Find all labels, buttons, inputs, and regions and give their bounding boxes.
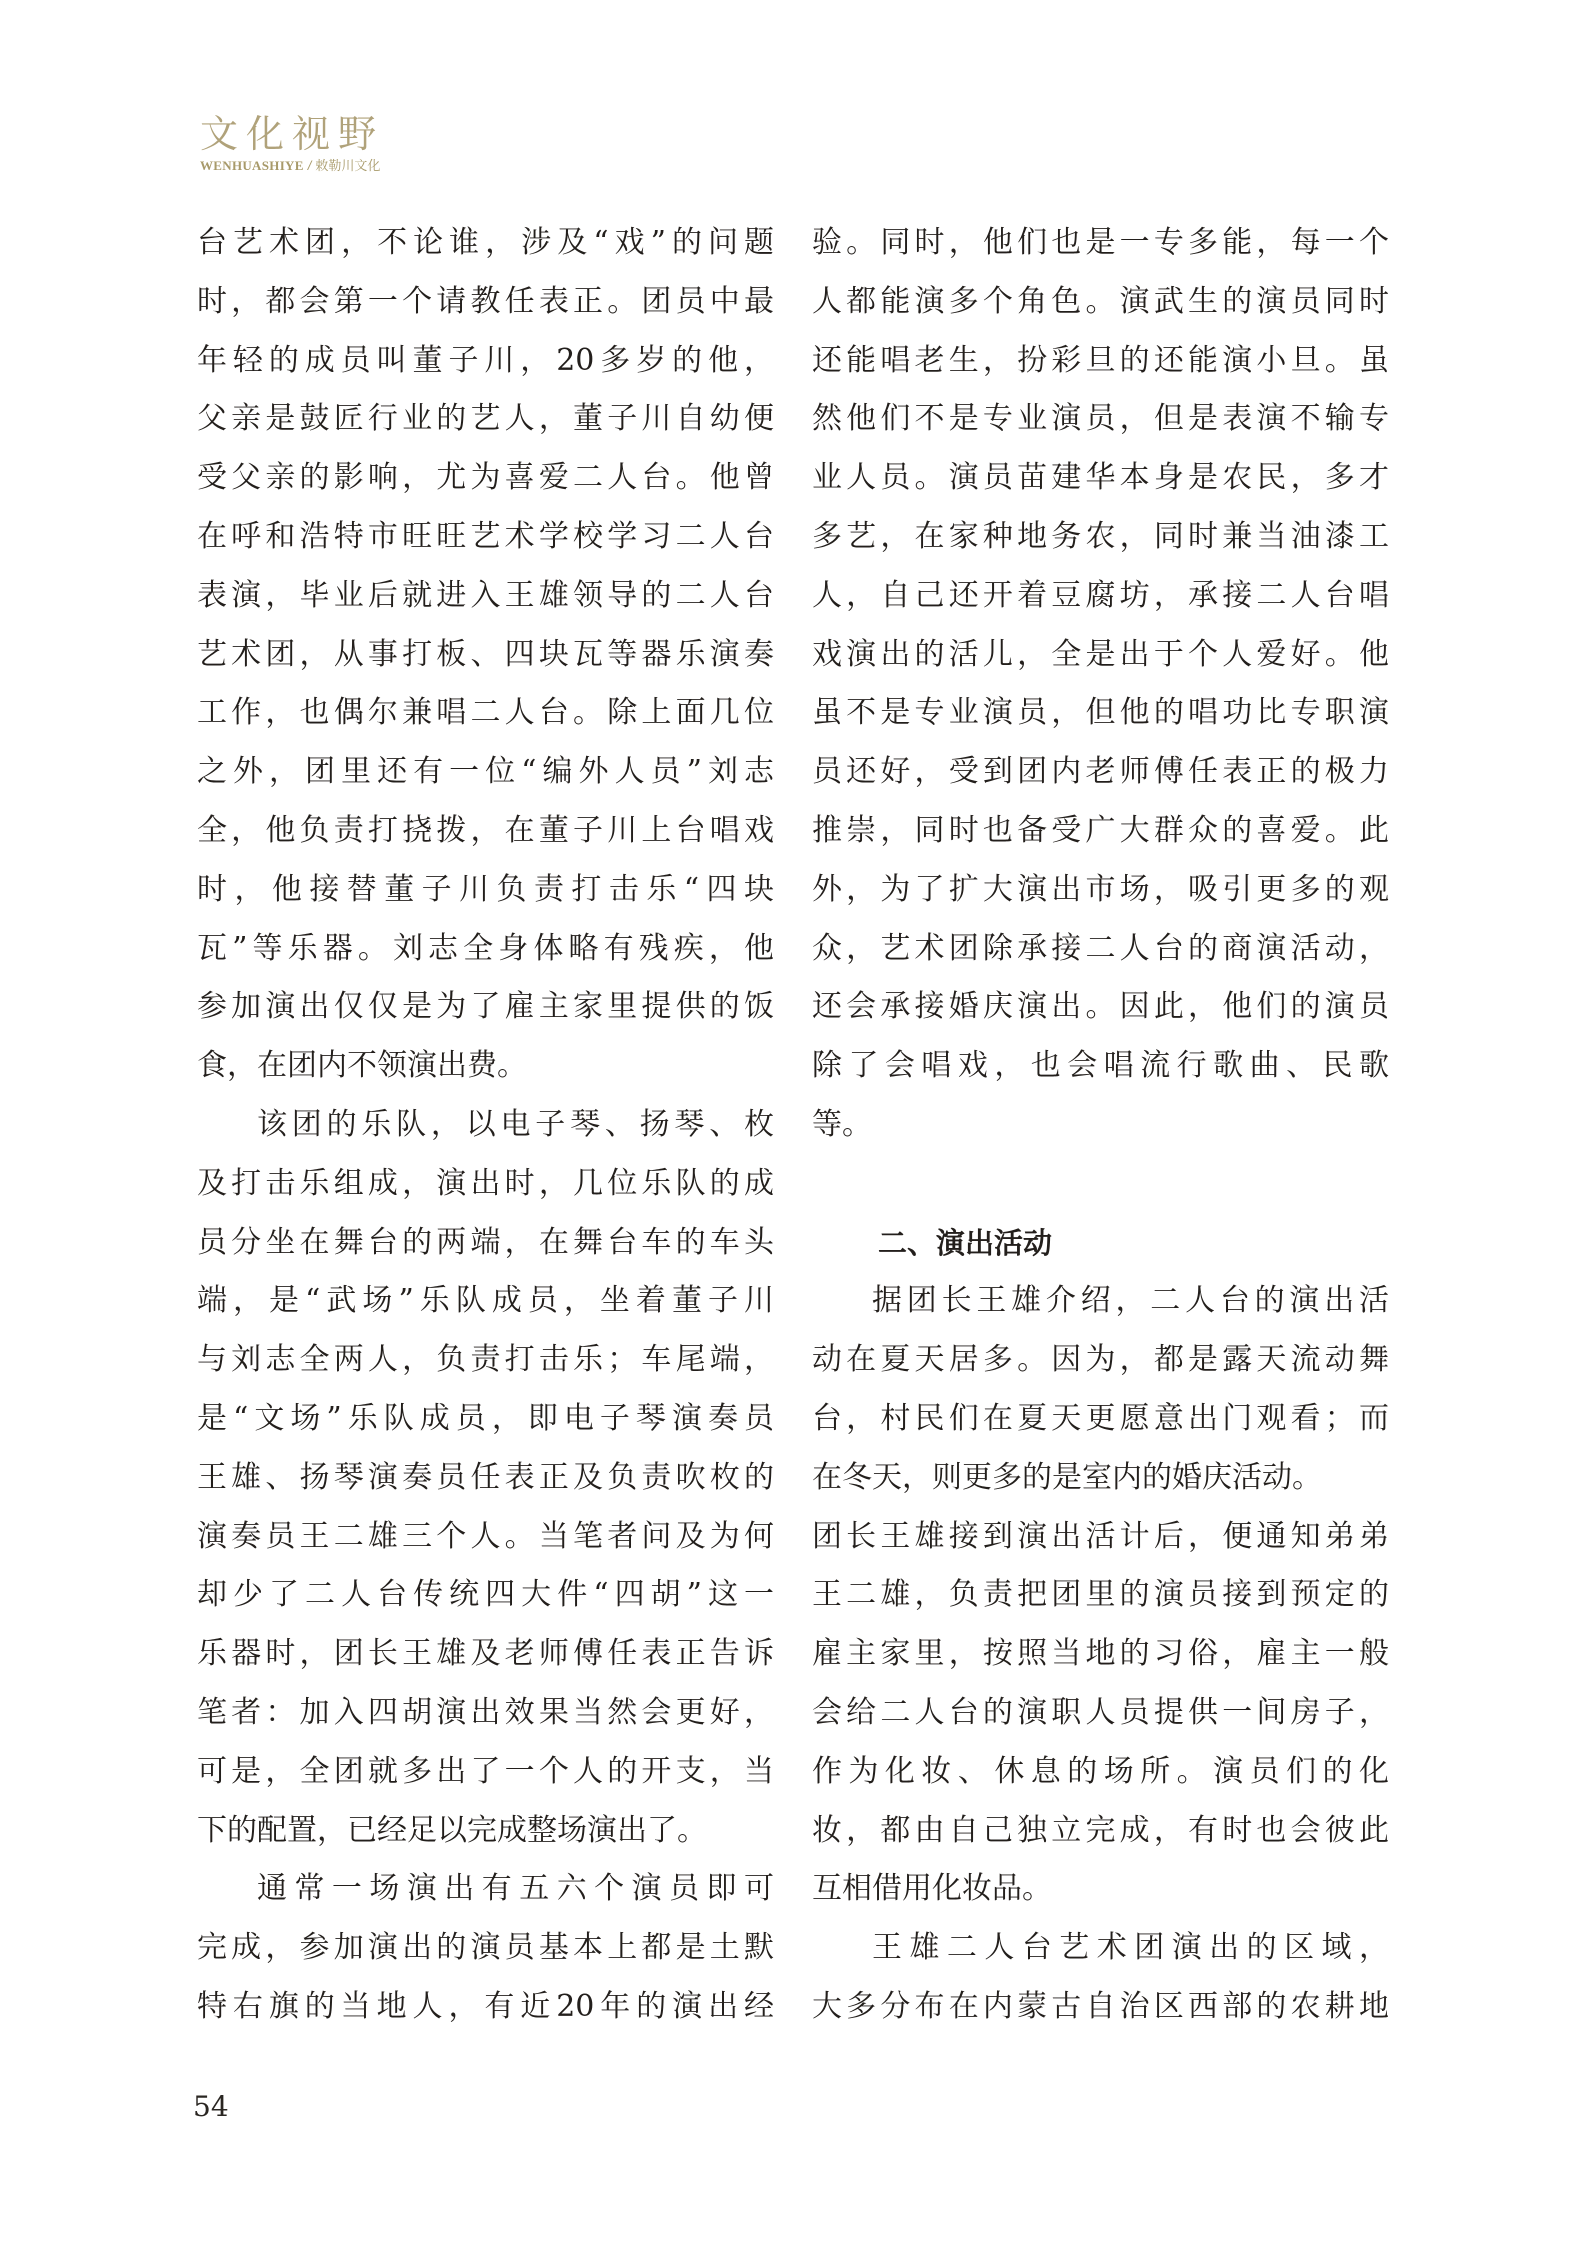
text-line: 大多分布在内蒙古自治区西部的农耕地 [812,1978,1389,2037]
text-line: 台，村民们在夏天更愿意出门观看；而 [812,1390,1389,1449]
text-line: 验。同时，他们也是一专多能，每一个 [812,214,1389,273]
text-line: 父亲是鼓匠行业的艺人，董子川自幼便 [197,390,774,449]
blank-line [812,1155,1389,1214]
section-heading: 二、演出活动 [812,1214,1389,1273]
text-line: 戏演出的活儿，全是出于个人爱好。他 [812,626,1389,685]
text-line: 员还好，受到团内老师傅任表正的极力 [812,743,1389,802]
text-line: 等。 [812,1096,1389,1155]
section-subtitle: WENHUASHIYE/敕勒川文化 [200,158,384,175]
text-line: 人，自己还开着豆腐坊，承接二人台唱 [812,567,1389,626]
text-line: 推崇，同时也备受广大群众的喜爱。此 [812,802,1389,861]
text-line: 受父亲的影响，尤为喜爱二人台。他曾 [197,449,774,508]
text-line: 作为化妆、休息的场所。演员们的化 [812,1743,1389,1802]
section-subtitle-pinyin: WENHUASHIYE [200,158,304,173]
text-line: 完成，参加演出的演员基本上都是土默 [197,1919,774,1978]
text-line: 通常一场演出有五六个演员即可 [197,1860,774,1919]
text-line: 动在夏天居多。因为，都是露天流动舞 [812,1331,1389,1390]
text-line: 及打击乐组成，演出时，几位乐队的成 [197,1155,774,1214]
section-subtitle-column: 敕勒川文化 [315,159,380,174]
text-line: 参加演出仅仅是为了雇主家里提供的饭 [197,978,774,1037]
text-line: 还会承接婚庆演出。因此，他们的演员 [812,978,1389,1037]
text-line: 互相借用化妆品。 [812,1860,1389,1919]
text-line: 虽不是专业演员，但他的唱功比专职演 [812,684,1389,743]
text-line: 与刘志全两人，负责打击乐；车尾端， [197,1331,774,1390]
text-line: 除了会唱戏，也会唱流行歌曲、民歌 [812,1037,1389,1096]
text-line: 该团的乐队，以电子琴、扬琴、枚 [197,1096,774,1155]
text-line: 是“文场”乐队成员，即电子琴演奏员 [197,1390,774,1449]
text-line: 王二雄，负责把团里的演员接到预定的 [812,1566,1389,1625]
text-line: 然他们不是专业演员，但是表演不输专 [812,390,1389,449]
text-line: 瓦”等乐器。刘志全身体略有残疾，他 [197,920,774,979]
text-line: 多艺，在家种地务农，同时兼当油漆工 [812,508,1389,567]
text-line: 还能唱老生，扮彩旦的还能演小旦。虽 [812,332,1389,391]
text-line: 众，艺术团除承接二人台的商演活动， [812,920,1389,979]
text-line: 时，他接替董子川负责打击乐“四块 [197,861,774,920]
text-line: 食，在团内不领演出费。 [197,1037,774,1096]
text-line: 台艺术团，不论谁，涉及“戏”的问题 [197,214,774,273]
text-line: 王雄二人台艺术团演出的区域， [812,1919,1389,1978]
text-line: 业人员。演员苗建华本身是农民，多才 [812,449,1389,508]
text-line: 乐器时，团长王雄及老师傅任表正告诉 [197,1625,774,1684]
text-line: 时，都会第一个请教任表正。团员中最 [197,273,774,332]
text-line: 人都能演多个角色。演武生的演员同时 [812,273,1389,332]
text-line: 外，为了扩大演出市场，吸引更多的观 [812,861,1389,920]
text-line: 表演，毕业后就进入王雄领导的二人台 [197,567,774,626]
text-line: 之外，团里还有一位“编外人员”刘志 [197,743,774,802]
text-line: 会给二人台的演职人员提供一间房子， [812,1684,1389,1743]
page-number: 54 [193,2090,229,2123]
section-subtitle-separator: / [308,158,312,173]
text-line: 在呼和浩特市旺旺艺术学校学习二人台 [197,508,774,567]
text-line: 员分坐在舞台的两端，在舞台车的车头 [197,1214,774,1273]
text-line: 艺术团，从事打板、四块瓦等器乐演奏 [197,626,774,685]
text-line: 在冬天，则更多的是室内的婚庆活动。 [812,1449,1389,1508]
right-text-column: 验。同时，他们也是一专多能，每一个人都能演多个角色。演武生的演员同时还能唱老生，… [812,214,1389,2037]
text-line: 据团长王雄介绍，二人台的演出活 [812,1272,1389,1331]
text-line: 端，是“武场”乐队成员，坐着董子川 [197,1272,774,1331]
text-line: 演奏员王二雄三个人。当笔者问及为何 [197,1508,774,1567]
text-line: 笔者：加入四胡演出效果当然会更好， [197,1684,774,1743]
text-line: 雇主家里，按照当地的习俗，雇主一般 [812,1625,1389,1684]
text-line: 却少了二人台传统四大件“四胡”这一 [197,1566,774,1625]
text-line: 下的配置，已经足以完成整场演出了。 [197,1802,774,1861]
section-title: 文化视野 [200,112,384,156]
magazine-section-header: 文化视野 WENHUASHIYE/敕勒川文化 [200,112,384,175]
text-line: 可是，全团就多出了一个人的开支，当 [197,1743,774,1802]
text-line: 特右旗的当地人，有近20年的演出经 [197,1978,774,2037]
text-line: 年轻的成员叫董子川，20多岁的他， [197,332,774,391]
left-text-column: 台艺术团，不论谁，涉及“戏”的问题时，都会第一个请教任表正。团员中最年轻的成员叫… [197,214,774,2037]
text-line: 团长王雄接到演出活计后，便通知弟弟 [812,1508,1389,1567]
text-line: 全，他负责打挠拨，在董子川上台唱戏 [197,802,774,861]
text-line: 妆，都由自己独立完成，有时也会彼此 [812,1802,1389,1861]
text-line: 工作，也偶尔兼唱二人台。除上面几位 [197,684,774,743]
text-line: 王雄、扬琴演奏员任表正及负责吹枚的 [197,1449,774,1508]
